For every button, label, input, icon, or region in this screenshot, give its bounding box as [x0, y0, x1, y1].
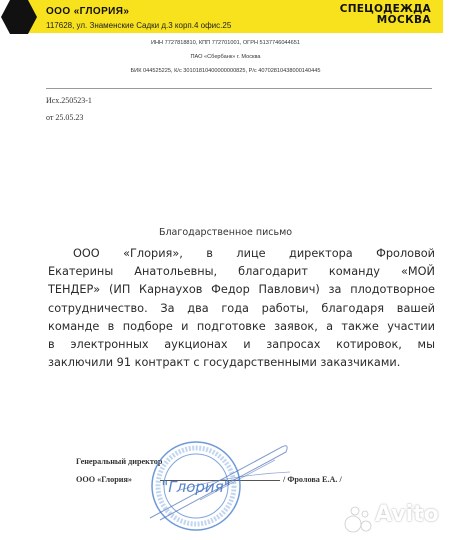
brand-line-2: МОСКВА [340, 15, 431, 26]
outgoing-number: Исх.250523-1 [46, 96, 92, 105]
avito-watermark-text: Avito [375, 502, 439, 527]
body-line: ООО «Глория», в лице директора Фроловой [48, 245, 435, 263]
body-line: ТЕНДЕР» (ИП Карнаухов Федор Павлович) за… [48, 281, 435, 299]
signature-scribble-icon [140, 430, 300, 530]
signatory-company: ООО «Глория» [76, 475, 132, 484]
body-line: заключили 91 контракт с государственными… [48, 354, 435, 372]
body-line: в электронных аукционах и запросах котир… [48, 336, 435, 354]
avito-dots-icon [341, 502, 375, 536]
company-name: ООО «ГЛОРИЯ» [46, 6, 129, 17]
letter-body: ООО «Глория», в лице директора Фроловой … [48, 245, 435, 372]
body-line: Екатерины Анатольевны, благодарит команд… [48, 263, 435, 281]
body-line: сотрудничество. За два года работы, благ… [48, 300, 435, 318]
hexagon-logo-icon [0, 0, 38, 35]
requisites-inn: ИНН 7727818810, КПП 772701001, ОГРН 5137… [0, 40, 451, 46]
requisites-bank: ПАО «Сбербанк» г. Москва [0, 54, 451, 60]
brand-logo: СПЕЦОДЕЖДА МОСКВА [340, 4, 431, 26]
company-address: 117628, ул. Знаменские Садки д.3 корп.4 … [46, 21, 231, 30]
letter-title: Благодарственное письмо [0, 227, 451, 238]
avito-watermark: Avito [341, 500, 441, 536]
letterhead: ООО «ГЛОРИЯ» 117628, ул. Знаменские Садк… [0, 0, 451, 33]
requisites-accounts: БИК 044525225, К/с 30101810400000000825,… [0, 68, 451, 74]
letter-date: от 25.05.23 [46, 113, 83, 122]
body-line: команде в подборе и подготовке заявок, а… [48, 318, 435, 336]
header-divider [46, 88, 432, 89]
